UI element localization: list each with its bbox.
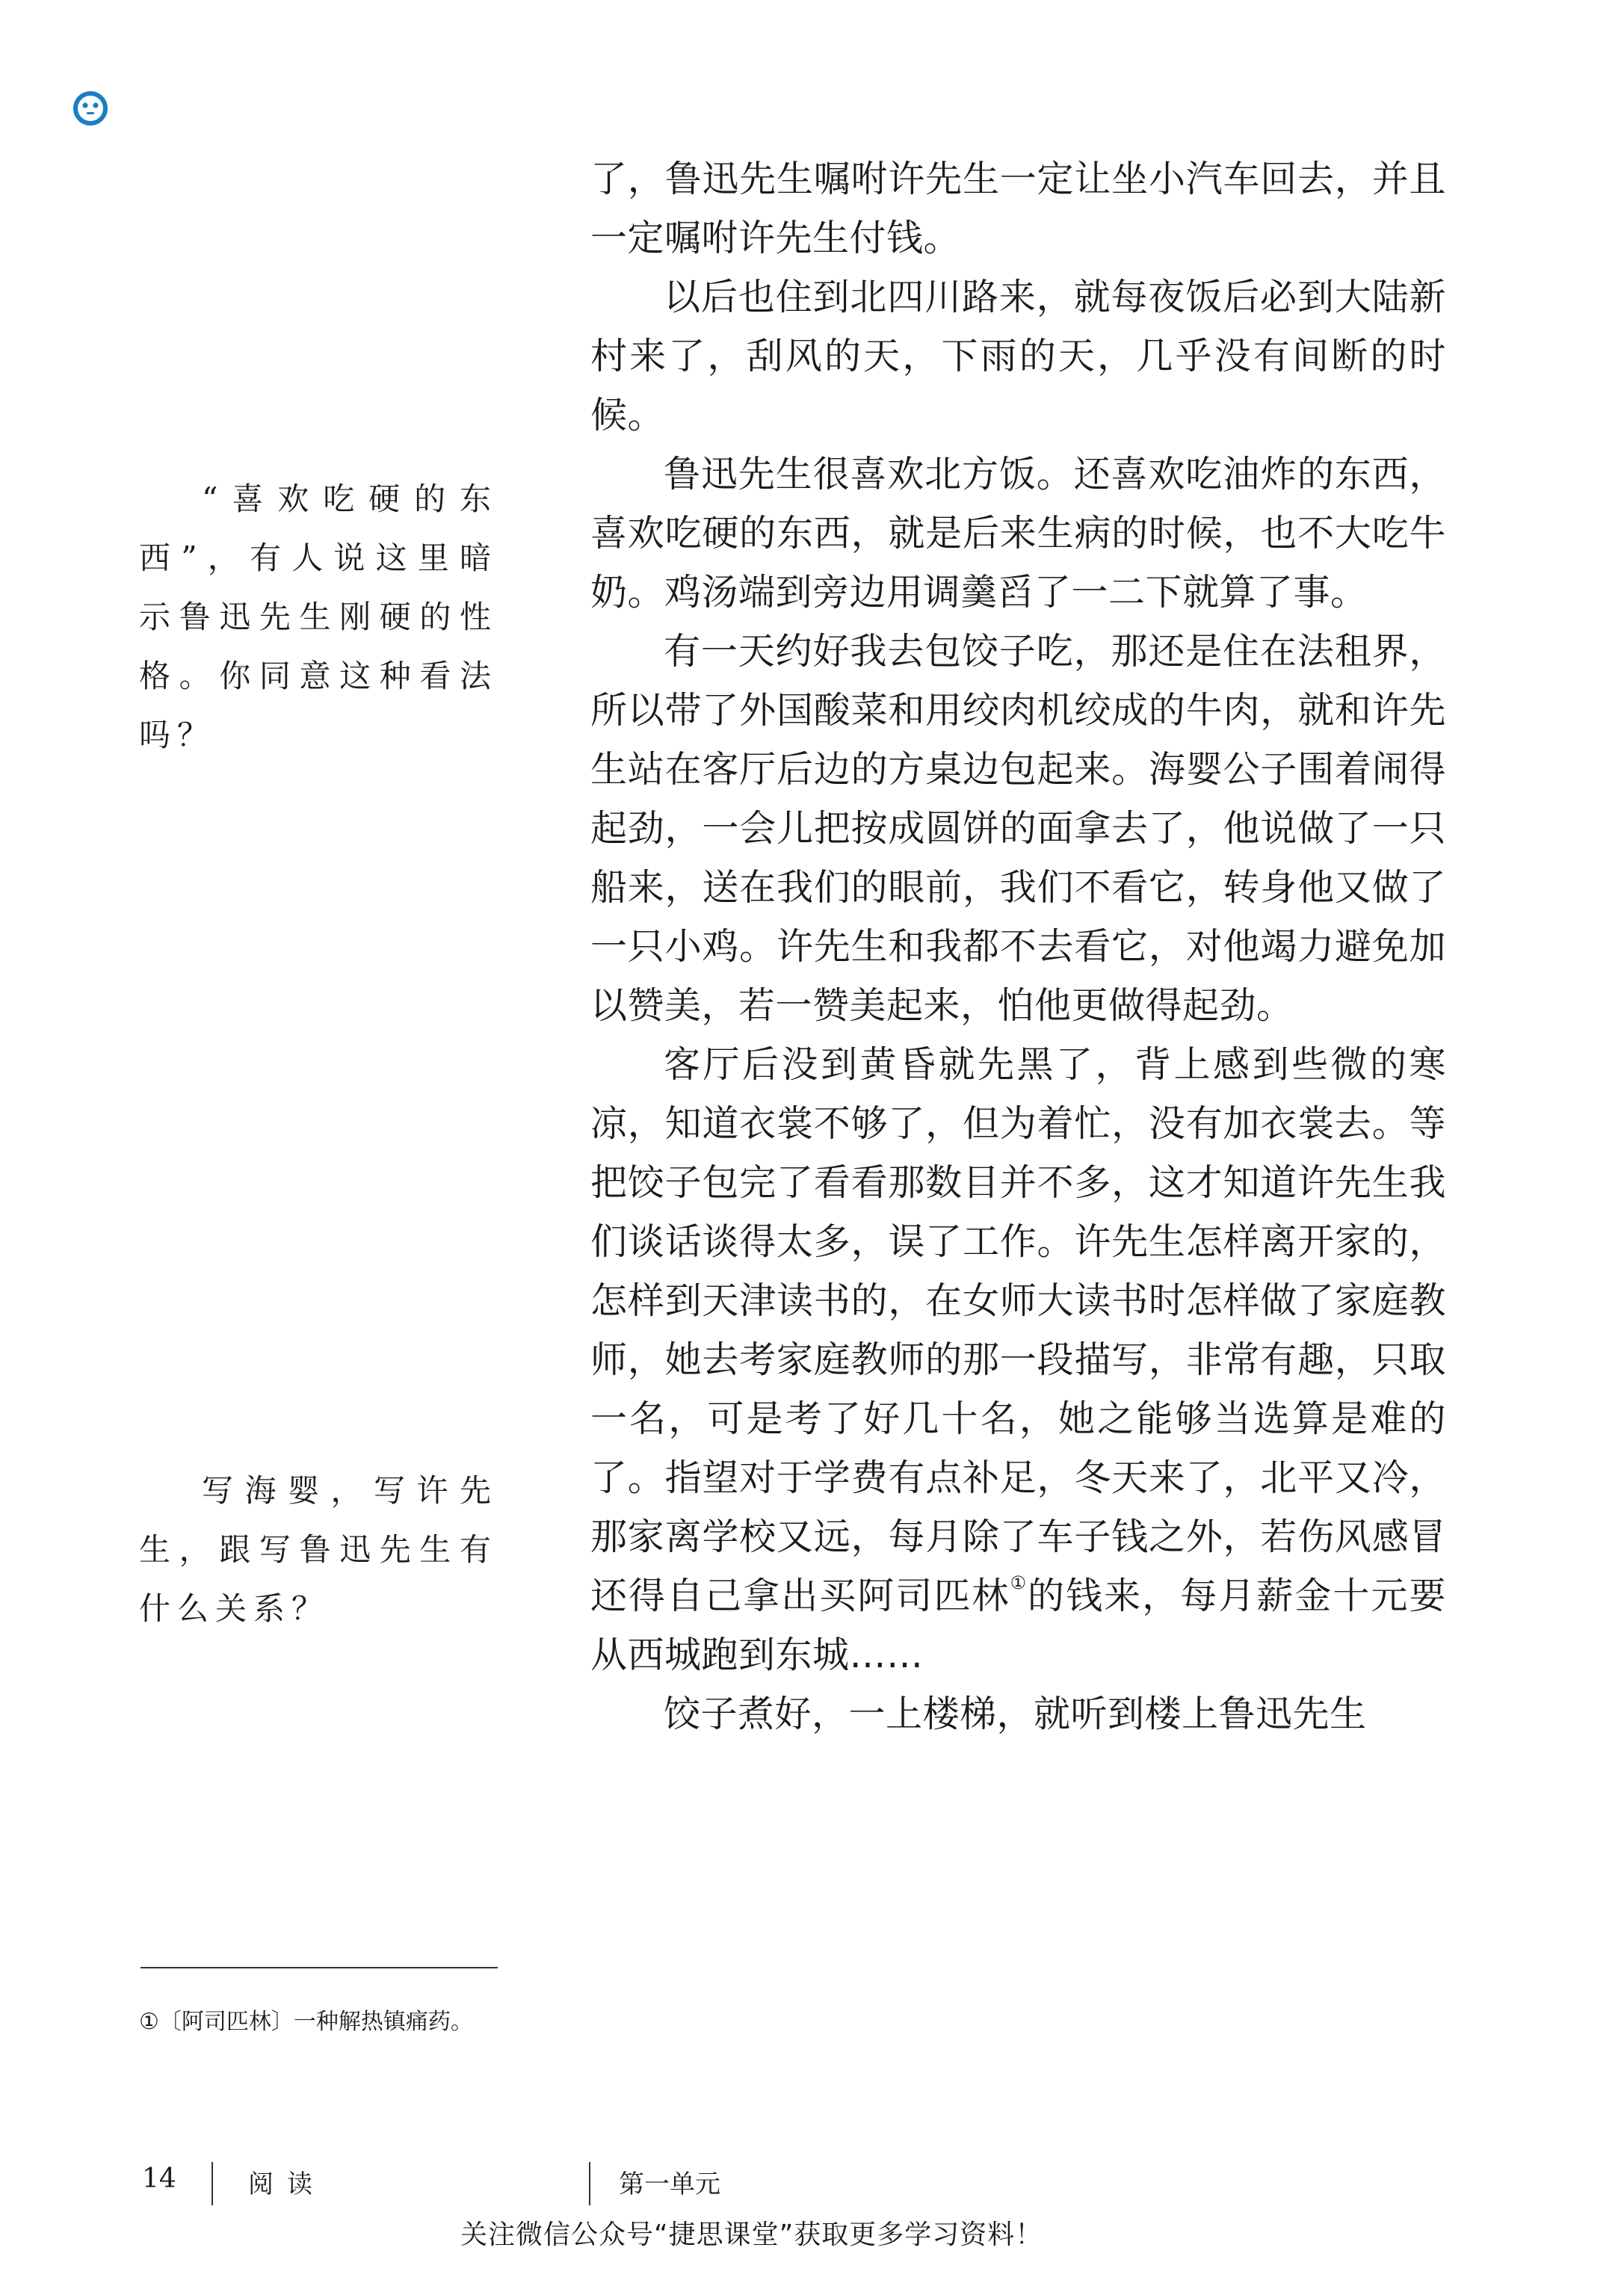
smiley-face-icon [72, 90, 109, 127]
footer-divider [212, 2162, 213, 2205]
paragraph: 了，鲁迅先生嘱咐许先生一定让坐小汽车回去，并且一定嘱咐许先生付钱。 [590, 149, 1446, 268]
paragraph-text: 客厅后没到黄昏就先黑了，背上感到些微的寒凉，知道衣裳不够了，但为着忙，没有加衣裳… [590, 1043, 1446, 1617]
paragraph: 以后也住到北四川路来，就每夜饭后必到大陆新村来了，刮风的天，下雨的天，几乎没有间… [590, 268, 1446, 445]
margin-note-question: 写海婴，写许先生，跟写鲁迅先生有什么关系？ [139, 1461, 498, 1638]
paragraph: 鲁迅先生很喜欢北方饭。还喜欢吃油炸的东西，喜欢吃硬的东西，就是后来生病的时候，也… [590, 445, 1446, 622]
unit-label: 第一单元 [619, 2163, 720, 2200]
footnote-divider [141, 1967, 498, 1968]
footnote: ①〔阿司匹林〕一种解热镇痛药。 [139, 2007, 473, 2037]
section-label: 阅读 [248, 2163, 326, 2200]
paragraph: 有一天约好我去包饺子吃，那还是住在法租界，所以带了外国酸菜和用绞肉机绞成的牛肉，… [590, 622, 1446, 1035]
main-text: 了，鲁迅先生嘱咐许先生一定让坐小汽车回去，并且一定嘱咐许先生付钱。 以后也住到北… [590, 149, 1446, 1743]
footer-divider [589, 2162, 590, 2205]
paragraph: 客厅后没到黄昏就先黑了，背上感到些微的寒凉，知道衣裳不够了，但为着忙，没有加衣裳… [590, 1035, 1446, 1684]
paragraph: 饺子煮好，一上楼梯，就听到楼上鲁迅先生 [590, 1684, 1446, 1743]
margin-note-question: “喜欢吃硬的东西”，有人说这里暗示鲁迅先生刚硬的性格。你同意这种看法吗？ [139, 469, 498, 765]
footnote-marker[interactable]: ① [1010, 1572, 1028, 1593]
promo-text: 关注微信公众号“捷思课堂”获取更多学习资料！ [460, 2214, 1043, 2252]
page-number: 14 [142, 2163, 176, 2194]
